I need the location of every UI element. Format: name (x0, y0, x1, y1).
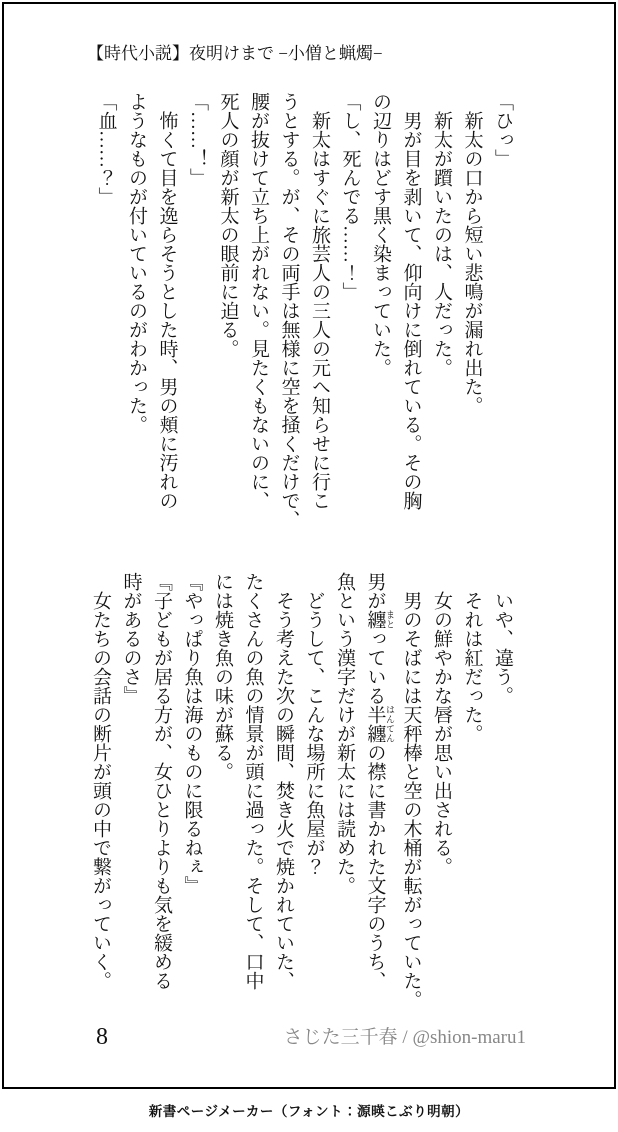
author-credit: さじた三千春 / @shion-maru1 (284, 1027, 526, 1049)
text-line: 「ひっ」 (487, 92, 518, 537)
text-line: たくさんの魚の情景が頭に過った。そして、口中 (237, 572, 268, 1017)
text-line: 時があるのさ』 (115, 572, 146, 1017)
text-line: 魚という漢字だけが新太には読めた。 (329, 572, 360, 1017)
text-line: ようなものが付いているのがわかった。 (121, 92, 152, 537)
text-line: 新太はすぐに旅芸人の三人の元へ知らせに行こ (304, 92, 335, 537)
text-line: 「……！」 (182, 92, 213, 537)
text-line: 男が目を剥いて、仰向けに倒れている。その胸 (395, 92, 426, 537)
text-line: 「し、死んでる……！」 (334, 92, 365, 537)
page-frame: 【時代小説】夜明けまで −小僧と蝋燭− 「ひっ」新太の口から短い悲鳴が漏れ出た。… (2, 2, 616, 1089)
text-line: 死人の顔が新太の眼前に迫る。 (212, 92, 243, 537)
text-line: 『やっぱり魚は海のものに限るねぇ』 (176, 572, 207, 1017)
text-band-top: 「ひっ」新太の口から短い悲鳴が漏れ出た。新太が躓いたのは、人だった。男が目を剥い… (89, 92, 517, 537)
text-line: 新太の口から短い悲鳴が漏れ出た。 (456, 92, 487, 537)
text-line: 新太が躓いたのは、人だった。 (426, 92, 457, 537)
page-title: 【時代小説】夜明けまで −小僧と蝋燭− (87, 39, 382, 64)
text-line: それは紅だった。 (456, 572, 487, 1017)
text-line: いや、違う。 (487, 572, 518, 1017)
text-line: 女の鮮やかな唇が思い出される。 (426, 572, 457, 1017)
text-line: の辺りはどす黒く染まっていた。 (365, 92, 396, 537)
text-line: 女たちの会話の断片が頭の中で繋がっていく。 (85, 572, 116, 1017)
text-line: 腰が抜けて立ち上がれない。見たくもないのに、 (243, 92, 274, 537)
text-line: には焼き魚の味が蘇る。 (207, 572, 238, 1017)
text-line: 男が纏まとっている半纏はんてんの襟に書かれた文字のうち、 (359, 572, 395, 1017)
text-line: そう考えた次の瞬間、焚き火で焼かれていた、 (268, 572, 299, 1017)
text-line: 「血……？」 (90, 92, 121, 537)
footer-caption: 新書ページメーカー（フォント：源暎こぶり明朝） (0, 1100, 618, 1120)
text-line: 男のそばには天秤棒と空の木桶が転がっていた。 (395, 572, 426, 1017)
page-number: 8 (96, 1024, 108, 1050)
page-canvas: { "header": { "title": "【時代小説】夜明けまで −小僧と… (0, 0, 618, 1132)
text-line: 『子どもが居る方が、女ひとりよりも気を緩める (146, 572, 177, 1017)
text-line: うとする。が、その両手は無様に空を掻くだけで、 (273, 92, 304, 537)
text-line: 怖くて目を逸らそうとした時、男の頬に汚れの (151, 92, 182, 537)
text-line: どうして、こんな場所に魚屋が？ (298, 572, 329, 1017)
text-band-bottom: いや、違う。それは紅だった。女の鮮やかな唇が思い出される。男のそばには天秤棒と空… (89, 572, 517, 1017)
